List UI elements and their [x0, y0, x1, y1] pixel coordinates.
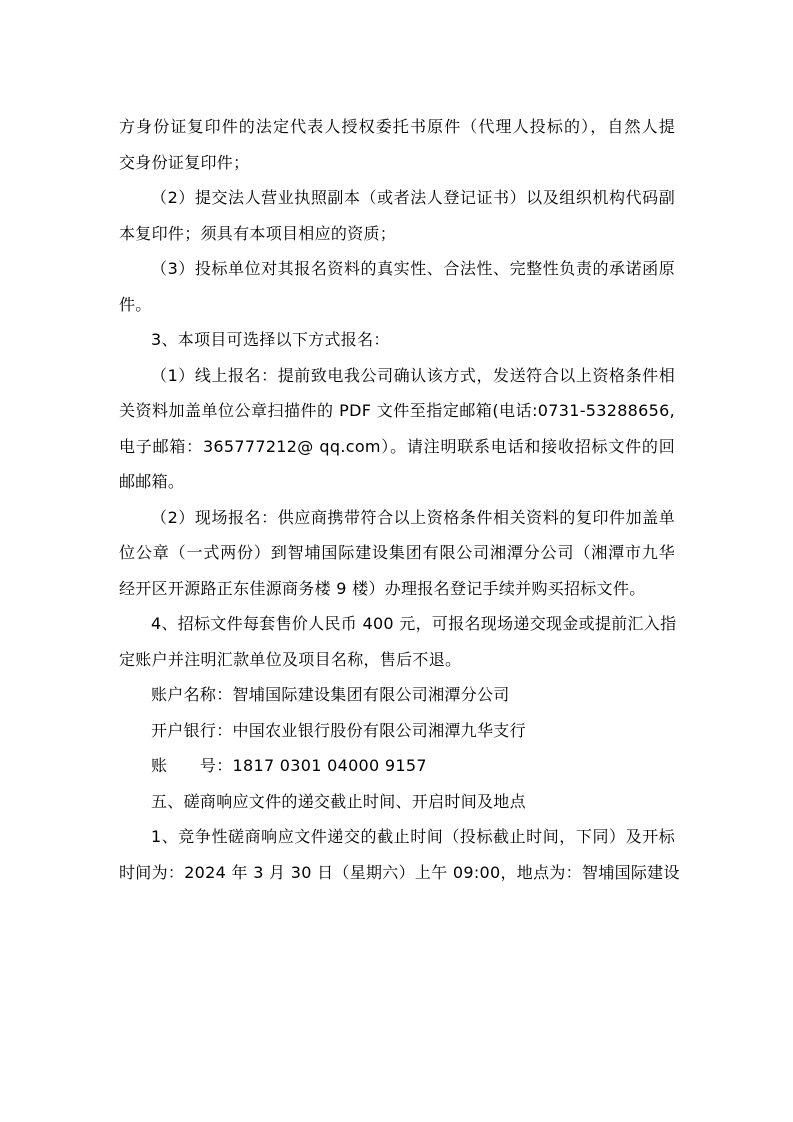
- document-line: 开户银行：中国农业银行股份有限公司湘潭九华支行: [119, 713, 675, 749]
- document-line: （3）投标单位对其报名资料的真实性、合法性、完整性负责的承诺函原: [119, 251, 675, 287]
- document-line: 4、招标文件每套售价人民币 400 元，可报名现场递交现金或提前汇入指: [119, 606, 675, 642]
- document-line: （1）线上报名：提前致电我公司确认该方式，发送符合以上资格条件相: [119, 358, 675, 394]
- document-line: 经开区开源路正东佳源商务楼 9 楼）办理报名登记手续并购买招标文件。: [119, 571, 675, 607]
- document-line: 邮邮箱。: [119, 464, 675, 500]
- document-line: 五、磋商响应文件的递交截止时间、开启时间及地点: [119, 784, 675, 820]
- document-line: 3、本项目可选择以下方式报名：: [119, 322, 675, 358]
- document-line: 位公章（一式两份）到智埔国际建设集团有限公司湘潭分公司（湘潭市九华: [119, 535, 675, 571]
- document-line: 本复印件；须具有本项目相应的资质；: [119, 216, 675, 252]
- document-line: 时间为：2024 年 3 月 30 日（星期六）上午 09:00，地点为：智埔国…: [119, 855, 675, 891]
- document-page: 方身份证复印件的法定代表人授权委托书原件（代理人投标的），自然人提交身份证复印件…: [119, 109, 675, 890]
- document-line: 1、竞争性磋商响应文件递交的截止时间（投标截止时间，下同）及开标: [119, 819, 675, 855]
- document-line: 账户名称：智埔国际建设集团有限公司湘潭分公司: [119, 677, 675, 713]
- document-line: 账 号：1817 0301 04000 9157: [119, 748, 675, 784]
- document-line: 电子邮箱：365777212@ qq.com）。请注明联系电话和接收招标文件的回: [119, 429, 675, 465]
- document-line: 定账户并注明汇款单位及项目名称，售后不退。: [119, 642, 675, 678]
- document-line: 交身份证复印件；: [119, 145, 675, 181]
- document-line: （2）提交法人营业执照副本（或者法人登记证书）以及组织机构代码副: [119, 180, 675, 216]
- document-line: （2）现场报名：供应商携带符合以上资格条件相关资料的复印件加盖单: [119, 500, 675, 536]
- document-line: 方身份证复印件的法定代表人授权委托书原件（代理人投标的），自然人提: [119, 109, 675, 145]
- document-line: 件。: [119, 287, 675, 323]
- document-line: 关资料加盖单位公章扫描件的 PDF 文件至指定邮箱(电话:0731-532886…: [119, 393, 675, 429]
